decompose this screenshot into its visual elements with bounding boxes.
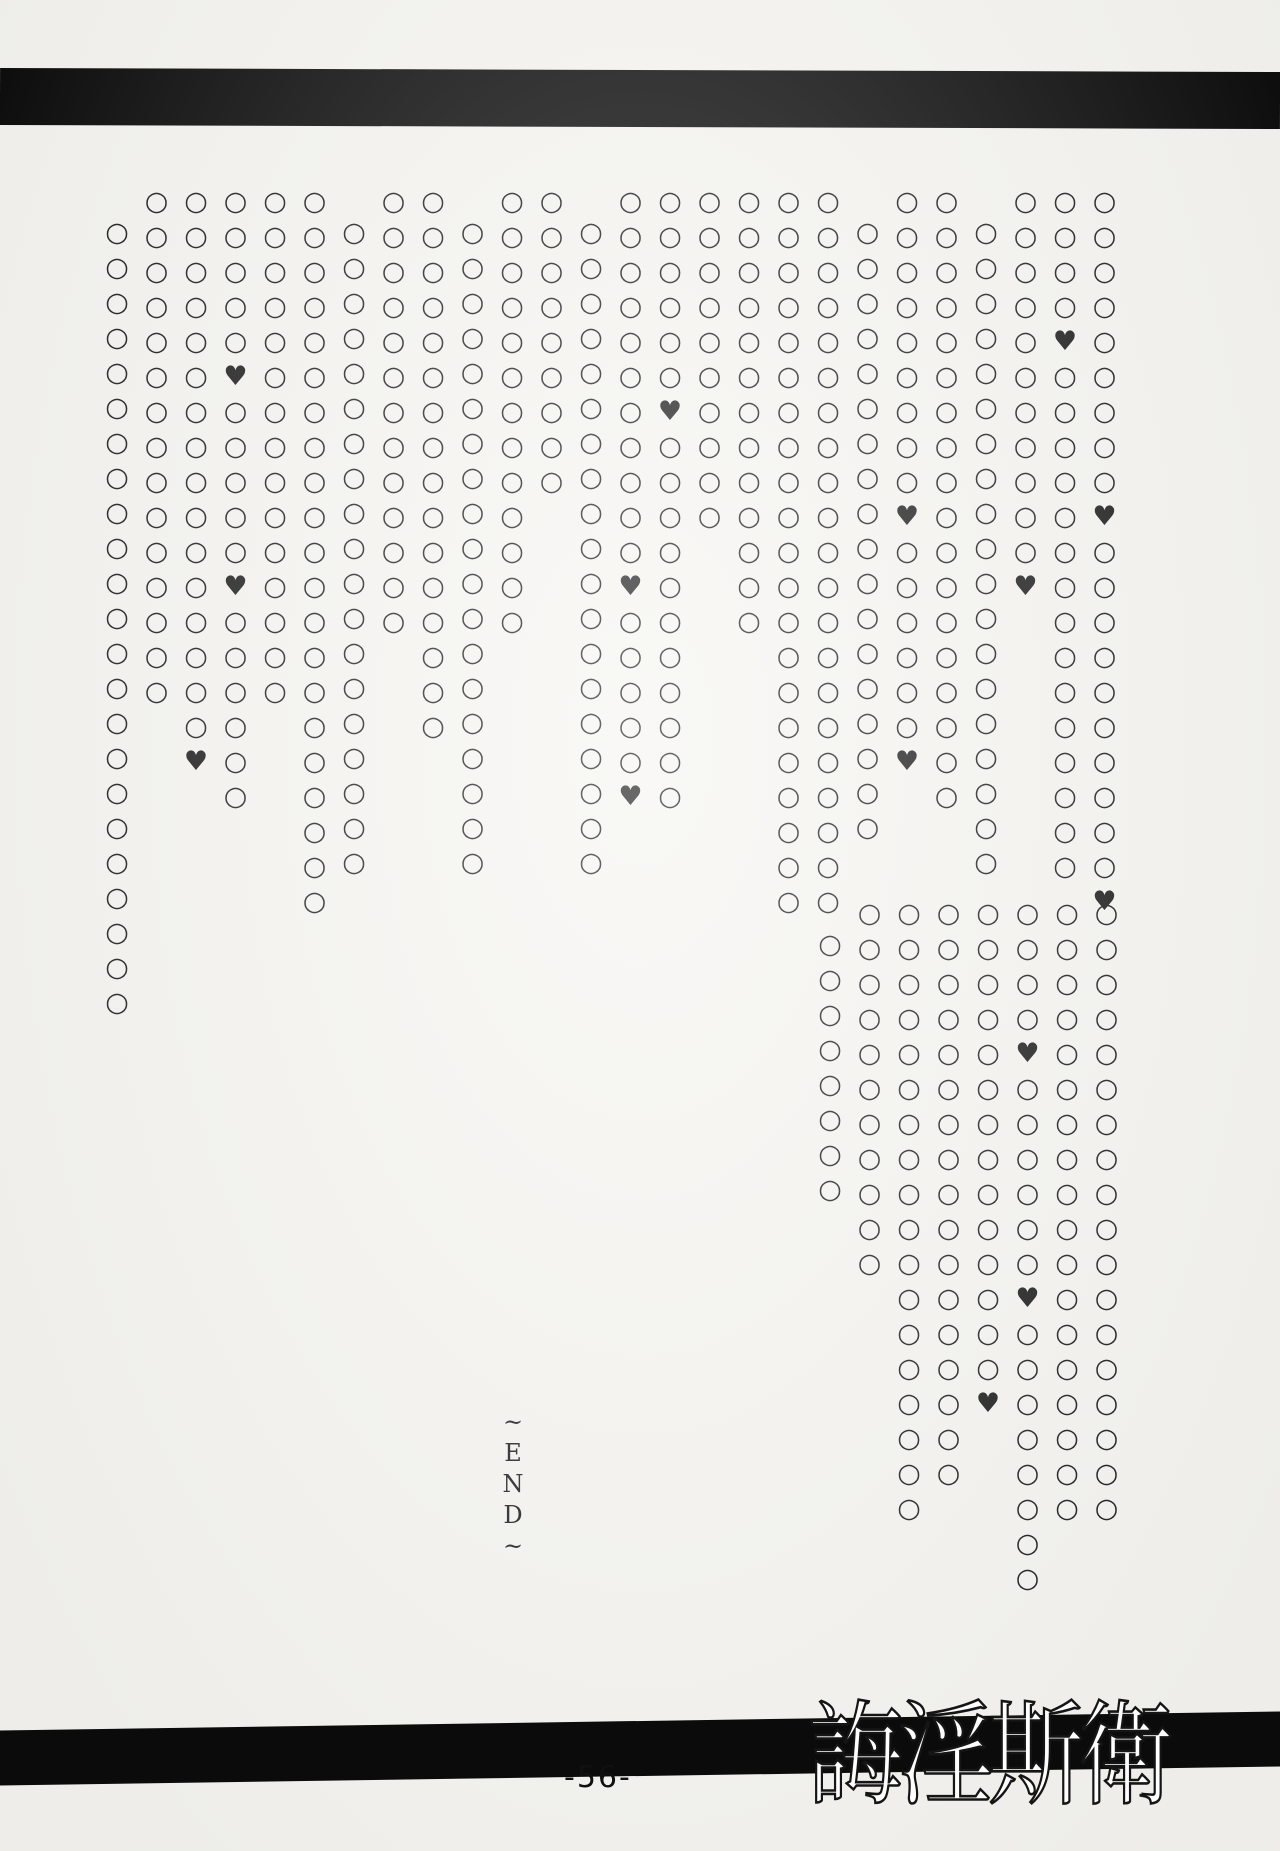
text-column: ○○○○○○○○○○○○○○○○○○ [1047, 898, 1087, 1480]
scanned-doujin-page: ○○○○○○○○○♥○○○○○○○○○○♥○○○○♥○○○○○○○○○○○○○○… [0, 0, 1280, 1851]
text-column: ○○○○○○○○○○○○○○○○○○ [889, 898, 929, 1480]
closing-text-block: ○○○○○○○○○○○○○○○○○○○○○○○○○○○○○○○○○○○○○○○○… [810, 898, 1126, 1480]
end-marker: ~END~ [499, 1408, 527, 1563]
top-black-bar [0, 68, 1280, 129]
text-column: ○○○○○○○○○○○○○○○○○○○ [966, 186, 1006, 948]
text-column: ○○○○○○○○○○○♥ [1006, 186, 1046, 948]
text-column: ○○○○○○○○○○○○○○○○○○○ [453, 186, 493, 948]
text-column: ○○○○○○○○○○○○○○○○○○○○○○○ [97, 186, 137, 948]
text-column: ○○○○○○○○○○○○○ [492, 186, 532, 948]
text-column: ○○○○○○○○○ [532, 186, 572, 948]
text-column: ○○○○○○○○○○○○○○○○○○○ [334, 186, 374, 948]
text-column: ○○○○○♥○○○○○♥○○○○○○ [216, 186, 256, 948]
text-column: ○○○○○○○○○○○○○○♥ [968, 898, 1008, 1480]
text-column: ○○○○○○○○○○ [690, 186, 730, 948]
text-column: ○○○○○○○○ [810, 898, 850, 1480]
text-column: ○○○○○○○○○○○ [850, 898, 890, 1480]
text-column: ○○○○○○○○○○○○○○○○ [413, 186, 453, 948]
text-column: ○○○○○○○○○○○○○○○○○○○ [571, 186, 611, 948]
text-column: ○○○○○○○○○○○○○ [729, 186, 769, 948]
text-column: ○○○○○○○○○○○○○ [374, 186, 414, 948]
text-column: ○○○○○○○○○♥○○○○○○○○○○♥ [1085, 186, 1125, 948]
page-number: -56- [564, 1760, 632, 1795]
text-column: ○○○○○○○○○○○○○○○○○○ [848, 186, 888, 948]
text-column: ○○○○○○○○○○○○○○○○♥ [176, 186, 216, 948]
text-column: ○○○○○○♥○○○○○○○○○○○ [650, 186, 690, 948]
main-text-block: ○○○○○○○○○♥○○○○○○○○○○♥○○○○♥○○○○○○○○○○○○○○… [97, 186, 1124, 948]
text-column: ○○○○○○○○○○○○○○○○○○○○○ [808, 186, 848, 948]
text-column: ○○○○○○○○○○○○○○○○○○ [1087, 898, 1127, 1480]
text-column: ○○○○○○○○○○○♥○○○○○♥ [611, 186, 651, 948]
text-column: ○○○○○○○○○♥○○○○○○♥ [887, 186, 927, 948]
text-column: ○○○○○○○○○○○○○○○ [255, 186, 295, 948]
text-column: ○○○○♥○○○○○○♥○○○○○○○○ [1008, 898, 1048, 1480]
text-column: ○○○○♥○○○○○○○○○○○○○○○ [1045, 186, 1085, 948]
text-column: ○○○○○○○○○○○○○○○○○○ [927, 186, 967, 948]
text-column: ○○○○○○○○○○○○○○○○○○○○○ [295, 186, 335, 948]
text-column: ○○○○○○○○○○○○○○○ [137, 186, 177, 948]
text-column: ○○○○○○○○○○○○○○○○○ [929, 898, 969, 1480]
text-column: ○○○○○○○○○○○○○○○○○○○○○ [769, 186, 809, 948]
title-logo: 誨淫斯衛 [808, 1666, 1168, 1828]
